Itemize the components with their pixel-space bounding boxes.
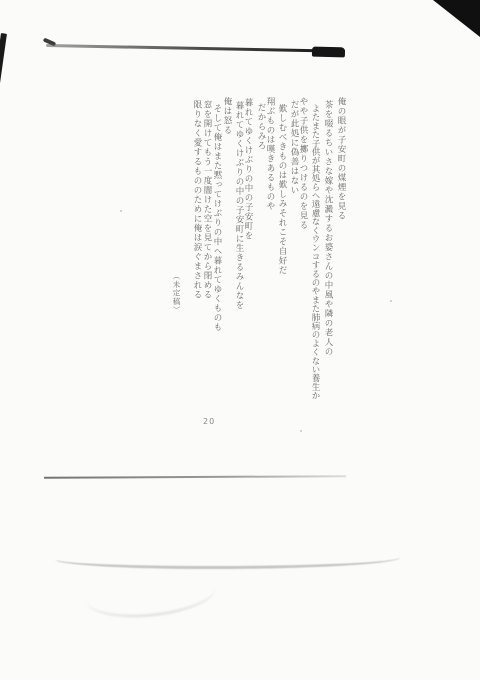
poem-column-10: 暮れてゆくけぶりの中の子安町に生きるみんなを [233, 101, 245, 310]
poem-column-8: だからみろ [255, 103, 267, 151]
paper-speck [120, 210, 122, 212]
corner-mark-top-right [433, 0, 480, 37]
poem-column-14: 限りなく愛するもののために俺は涙ぐまされる [191, 100, 203, 300]
poem-column-6: 歎しむべきものは歎しみそれこそ自好だ [276, 104, 288, 275]
page-number: 20 [203, 417, 215, 426]
poem-column-2: 茶を啜るちいさな嫁や沈澱するお婆さんの中風や隣の老人の [322, 100, 334, 357]
poem-column-3: よたまた子供が其処らへ遠慮なくウンコするのやまた肺病のよくない養生か [309, 104, 321, 400]
paper-speck [300, 430, 302, 432]
smudge-bottom-left [84, 565, 218, 622]
poem-column-1: 俺の眼が子安町の煤煙を見る [335, 97, 347, 221]
corner-mark-top-left [0, 33, 7, 95]
paper-speck [390, 300, 392, 302]
draft-note: （未定稿） [171, 272, 182, 315]
page-top-edge [46, 44, 345, 53]
page-bottom-edge [44, 475, 346, 479]
page-bottom-shadow [55, 548, 400, 569]
scanned-manuscript-page: 俺の眼が子安町の煤煙を見る 茶を啜るちいさな嫁や沈澱するお婆さんの中風や隣の老人… [0, 0, 480, 680]
page-top-edge-blob [312, 47, 345, 58]
poem-column-5: だが此処に偽善はない [288, 100, 300, 195]
